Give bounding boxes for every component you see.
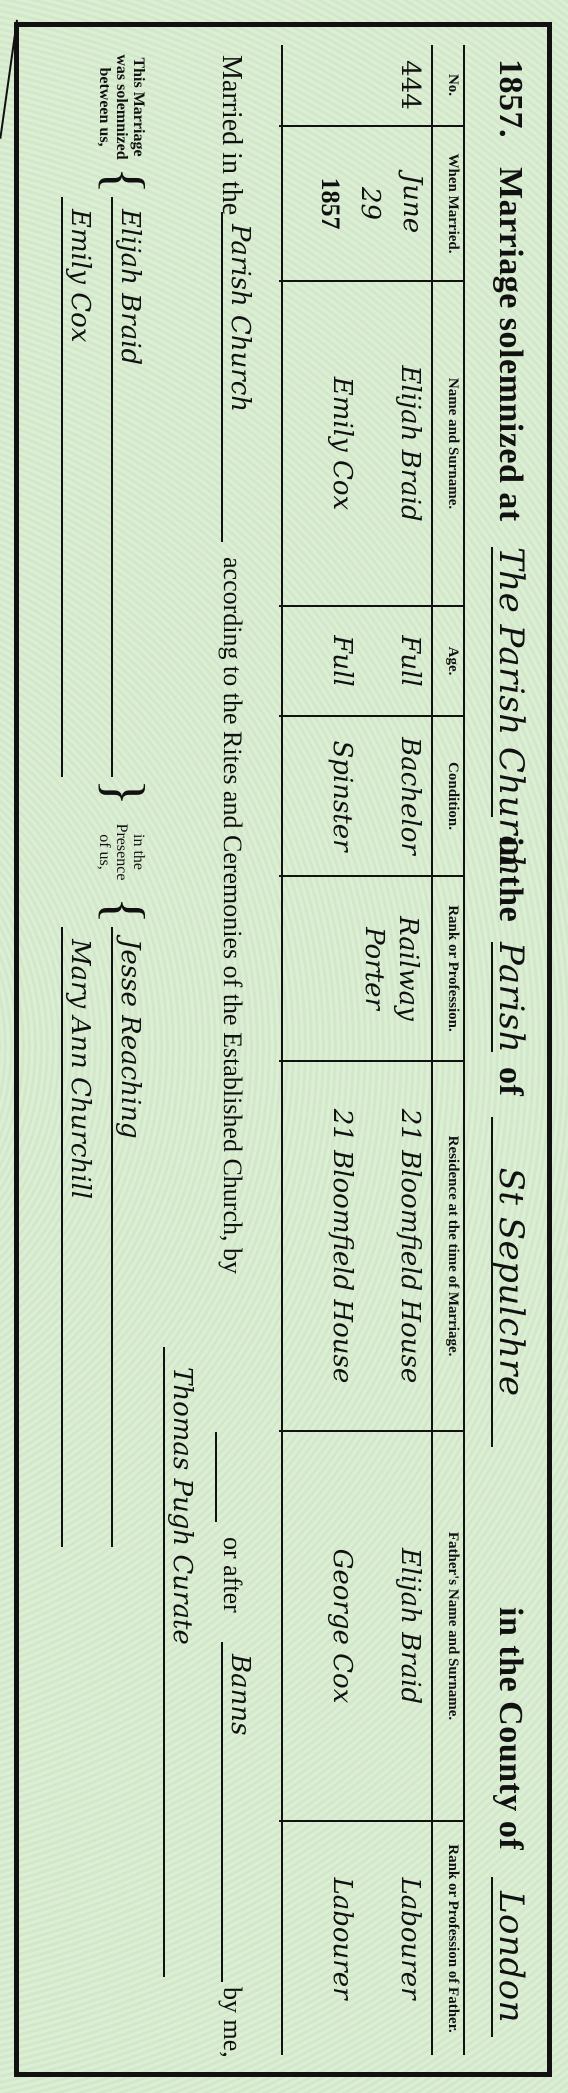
- place-value: The Parish Church: [491, 547, 529, 817]
- row1-when-day: 29: [355, 133, 385, 274]
- row2-residence: 21 Bloomfield House: [327, 1068, 357, 1424]
- header-age: Age.: [444, 607, 461, 715]
- party-signature-2: Emily Cox: [61, 197, 95, 777]
- witness-signature-1: Jesse Reaching: [111, 927, 145, 1547]
- row2-condition: Spinster: [327, 723, 357, 869]
- married-in-line: Married in the: [215, 55, 247, 215]
- row1-residence: 21 Bloomfield House: [395, 1068, 425, 1424]
- county-value: London: [491, 1877, 529, 2037]
- officiant-signature: Thomas Pugh Curate: [163, 1347, 197, 1977]
- marriage-certificate: 1857. Marriage solemnized at The Parish …: [0, 0, 568, 2093]
- header-rank: Rank or Profession.: [444, 877, 461, 1060]
- district-name-value: St Sepulchre: [491, 1117, 529, 1447]
- row1-rank: Railway Porter: [357, 883, 425, 1054]
- row1-age: Full: [395, 613, 425, 709]
- brace-left: {: [96, 167, 152, 194]
- rites-text: according to the Rites and Ceremonies of…: [217, 557, 247, 1274]
- county-text: in the County of: [491, 1607, 529, 1850]
- of-text: of: [491, 1067, 529, 1096]
- title-text: Marriage solemnized at: [491, 167, 529, 522]
- column-when-married: When Married. June 29 1857: [279, 125, 465, 280]
- by-me-label: by me,: [217, 1987, 247, 2058]
- row1-when-year: 1857: [315, 133, 345, 274]
- column-residence: Residence at the time of Marriage. 21 Bl…: [279, 1060, 465, 1430]
- header-father-rank: Rank or Profession of Father.: [444, 1822, 461, 2055]
- row2-father-name: George Cox: [327, 1438, 357, 1814]
- header-residence: Residence at the time of Marriage.: [444, 1062, 461, 1430]
- row1-father-rank: Labourer: [395, 1828, 425, 2049]
- column-father-name: Father's Name and Surname. Elijah Braid …: [279, 1430, 465, 1820]
- row1-no: 444: [395, 51, 425, 119]
- district-type-value: Parish: [491, 942, 529, 1052]
- header-name: Name and Surname.: [444, 282, 461, 605]
- presence-label: in the Presence of us,: [96, 807, 147, 897]
- married-in-value: Parish Church: [221, 212, 255, 542]
- row1-condition: Bachelor: [395, 723, 425, 869]
- party-signature-1: Elijah Braid: [111, 197, 145, 777]
- column-rank: Rank or Profession. Railway Porter: [279, 875, 465, 1060]
- rites-blank: [215, 1432, 217, 1522]
- brace-right: }: [96, 779, 152, 806]
- year: 1857.: [491, 59, 529, 138]
- row2-father-rank: Labourer: [327, 1828, 357, 2049]
- row1-father-name: Elijah Braid: [395, 1438, 425, 1814]
- witness-signature-2: Mary Ann Churchill: [61, 927, 95, 1547]
- column-age: Age. Full Full: [279, 605, 465, 715]
- or-after-value: Banns: [221, 1642, 255, 1982]
- register-table: No. 444 When Married. June 29 1857 Name …: [279, 45, 465, 2055]
- certificate-border: 1857. Marriage solemnized at The Parish …: [14, 22, 552, 2077]
- column-condition: Condition. Bachelor Spinster: [279, 715, 465, 875]
- married-in-label: Married in the: [216, 55, 247, 215]
- in-the-text: in the: [491, 837, 529, 922]
- header-no: No.: [444, 45, 461, 125]
- column-father-rank: Rank or Profession of Father. Labourer L…: [279, 1820, 465, 2055]
- column-no: No. 444: [279, 45, 465, 125]
- row2-age: Full: [327, 613, 357, 709]
- row2-name: Emily Cox: [327, 288, 357, 599]
- header-condition: Condition.: [444, 717, 461, 875]
- brace-presence: {: [96, 897, 152, 924]
- row1-when-month: June: [397, 133, 427, 274]
- header-father-name: Father's Name and Surname.: [444, 1432, 461, 1820]
- or-after-label: or after: [217, 1537, 247, 1613]
- solemnized-label: This Marriage was solemnized between us,: [96, 47, 147, 167]
- row1-name: Elijah Braid: [395, 288, 425, 599]
- column-name: Name and Surname. Elijah Braid Emily Cox: [279, 280, 465, 605]
- header-when-married: When Married.: [444, 127, 461, 280]
- table-bottom-rule: [281, 45, 283, 2055]
